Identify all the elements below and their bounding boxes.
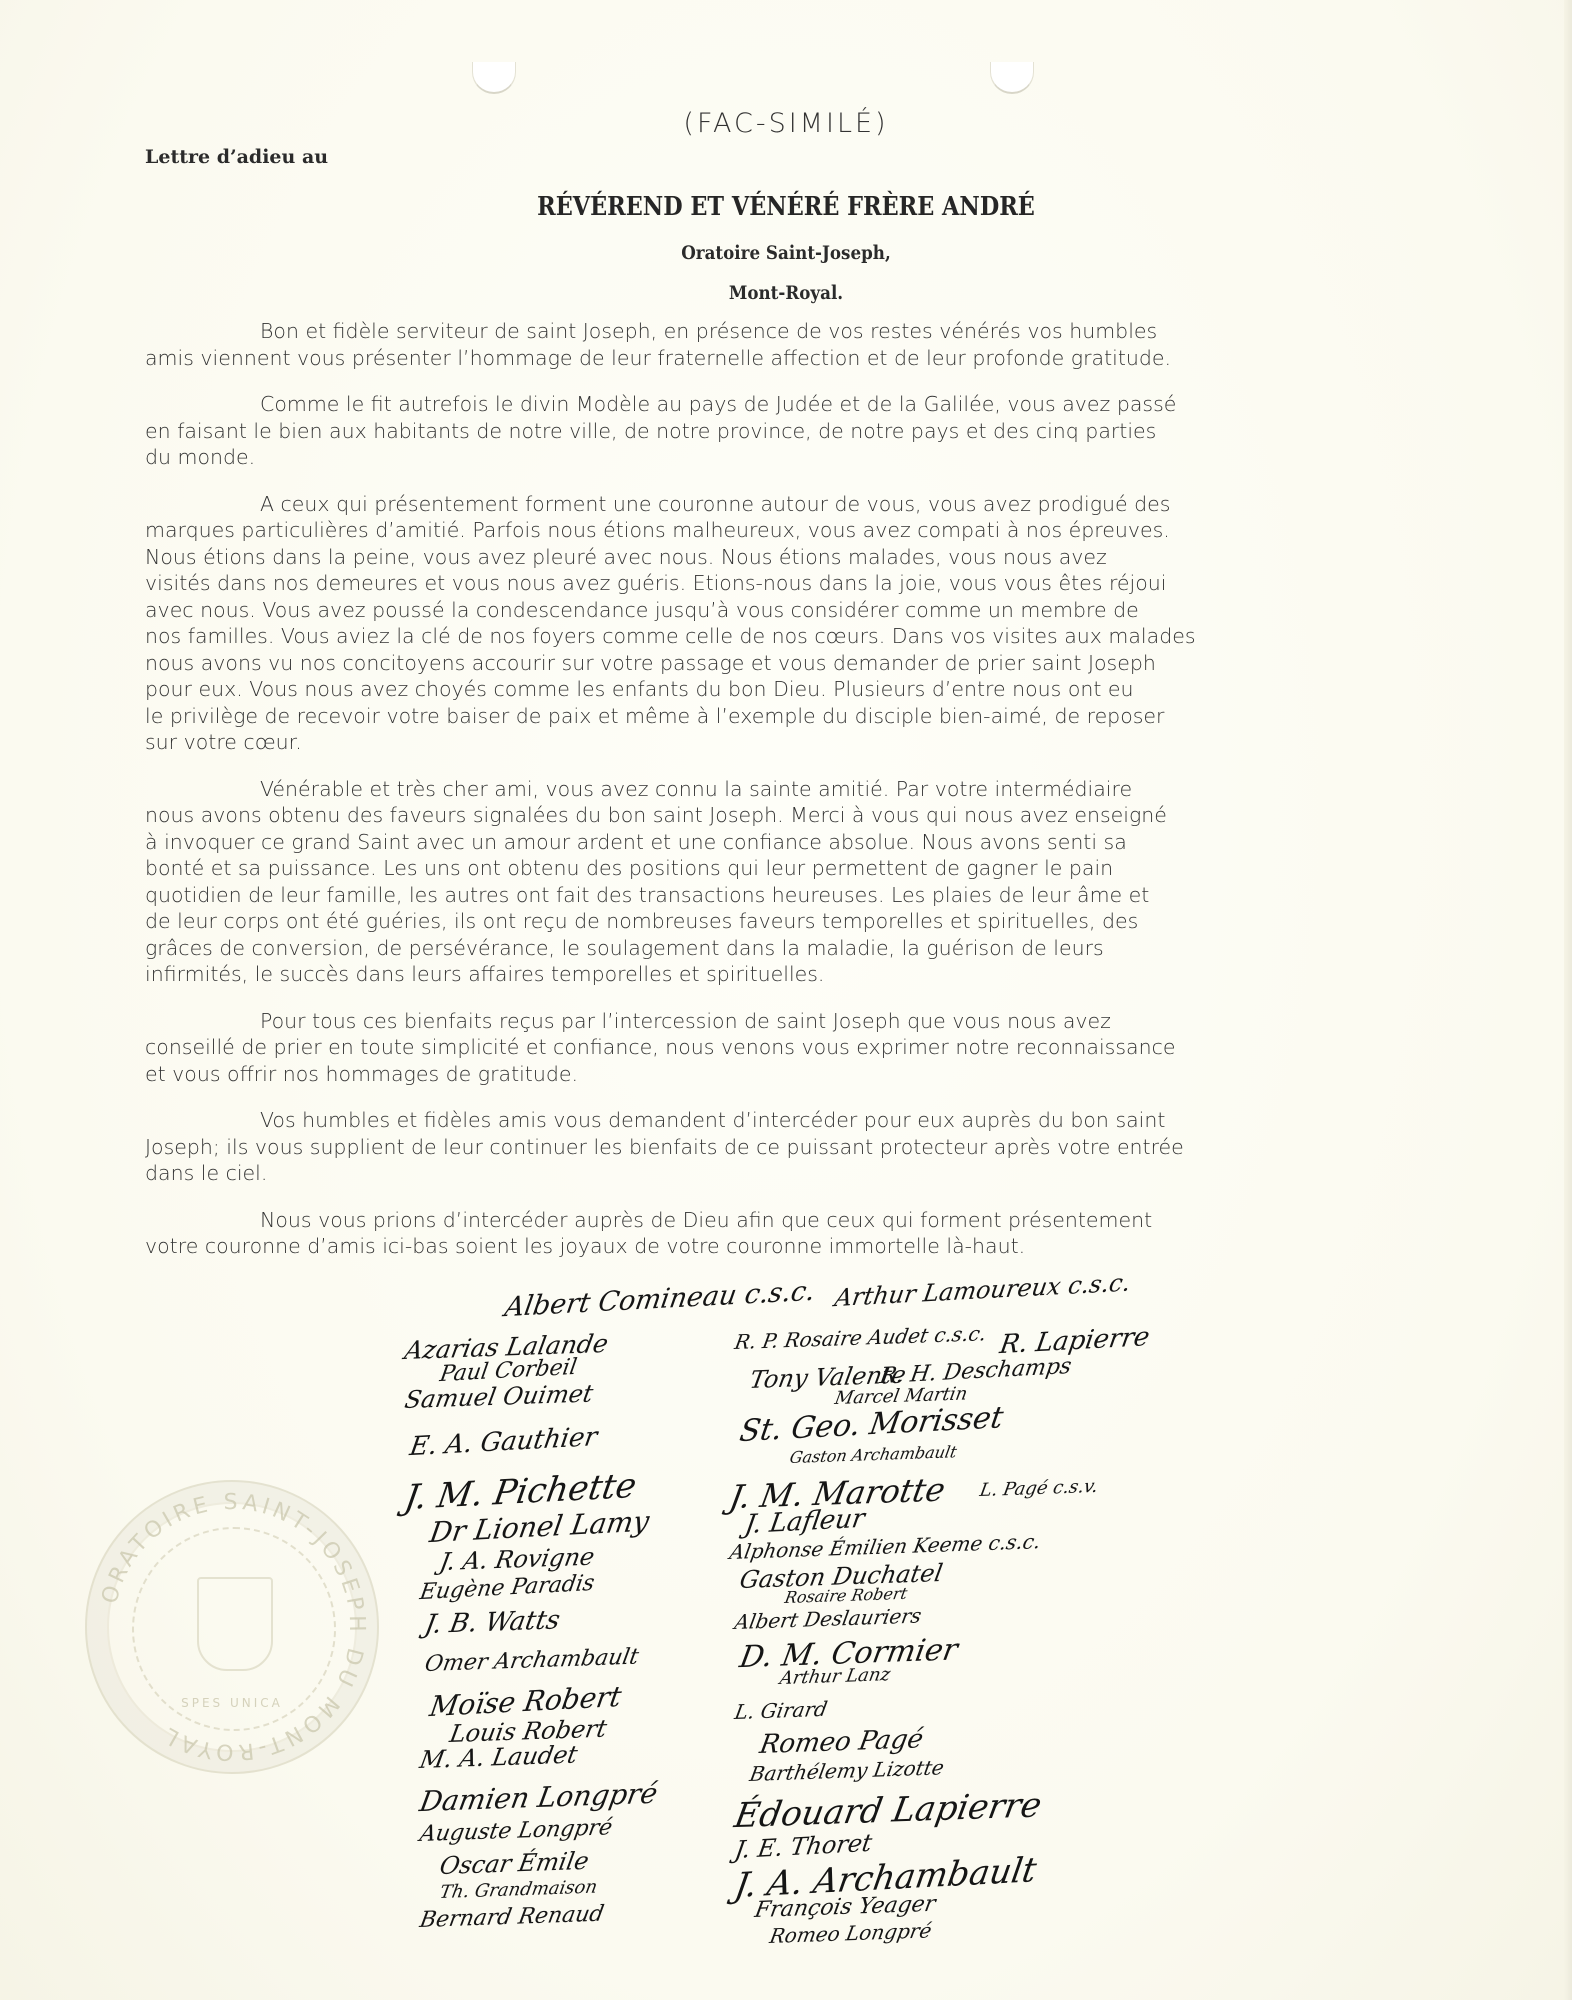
signature: Albert Deslauriers [733, 1603, 924, 1634]
signature: St. Geo. Morisset [737, 1400, 1006, 1449]
signature: Eugène Paradis [418, 1571, 596, 1605]
signature: Omer Archambault [423, 1644, 641, 1677]
signature: E. A. Gauthier [408, 1422, 600, 1462]
signature: Romeo Longpré [768, 1918, 934, 1948]
signature: R. H. Deschamps [878, 1354, 1073, 1389]
signature: R. Lapierre [998, 1322, 1152, 1360]
signature: Arthur Lanz [778, 1664, 892, 1689]
signature: Samuel Ouimet [403, 1379, 596, 1414]
document-page: (FAC-SIMILÉ) Lettre d’adieu au RÉVÉREND … [0, 0, 1572, 2000]
signature: Édouard Lapierre [731, 1785, 1044, 1836]
signatures-block: Albert Comineau c.s.c.Azarias LalandePau… [0, 0, 1572, 2000]
signature: Arthur Lamoureux c.s.c. [833, 1268, 1133, 1312]
signature: Bernard Renaud [418, 1902, 606, 1934]
signature: Albert Comineau c.s.c. [503, 1276, 818, 1324]
signature: Th. Grandmaison [438, 1876, 599, 1903]
signature: Auguste Longpré [418, 1815, 615, 1847]
signature: M. A. Laudet [418, 1740, 580, 1774]
signature: Romeo Pagé [757, 1724, 925, 1760]
signature: Damien Longpré [417, 1777, 660, 1819]
signature: J. Lafleur [743, 1504, 867, 1541]
signature: J. B. Watts [422, 1605, 562, 1640]
signature: R. P. Rosaire Audet c.s.c. [733, 1321, 989, 1354]
signature: L. Girard [733, 1697, 829, 1724]
signature: Barthélemy Lizotte [748, 1755, 946, 1786]
signature: L. Pagé c.s.v. [978, 1476, 1100, 1501]
signature: Oscar Émile [438, 1847, 592, 1880]
signature: Gaston Archambault [788, 1442, 958, 1467]
